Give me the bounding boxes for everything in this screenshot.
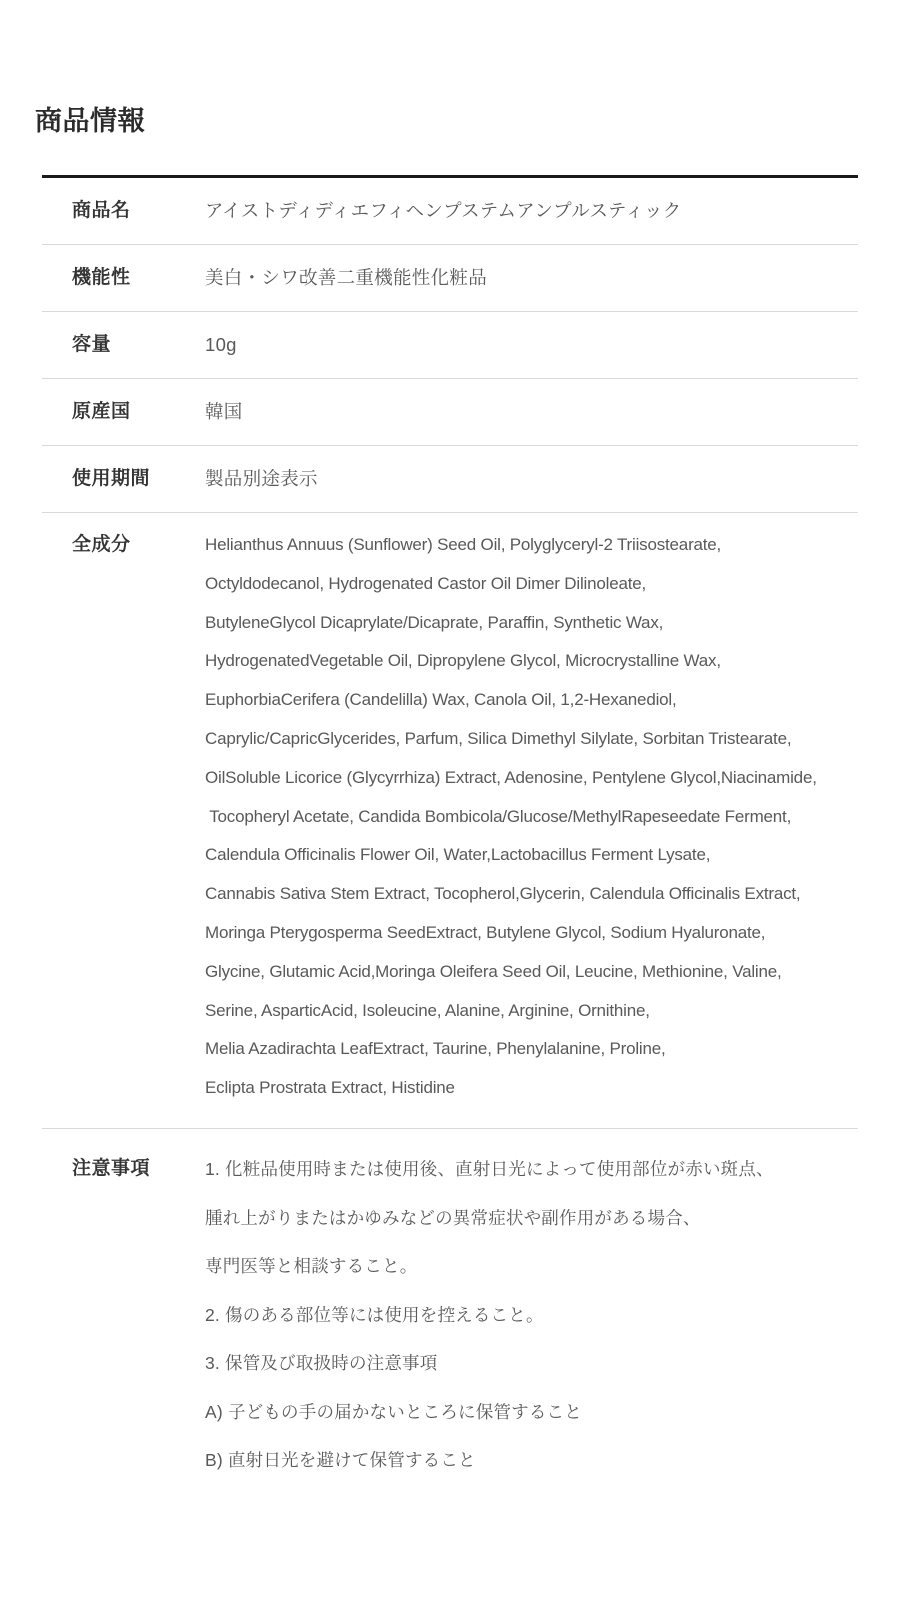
table-row-ingredients: 全成分 Helianthus Annuus (Sunflower) Seed O… bbox=[42, 513, 858, 1129]
ingredient-line: Helianthus Annuus (Sunflower) Seed Oil, … bbox=[205, 526, 858, 565]
row-value: アイストディディエフィヘンプステムアンプルスティック bbox=[205, 198, 858, 224]
caution-line: 腫れ上がりまたはかゆみなどの異常症状や副作用がある場合、 bbox=[205, 1194, 858, 1243]
table-row-country-of-origin: 原産国 韓国 bbox=[42, 379, 858, 446]
row-label: 使用期間 bbox=[42, 466, 205, 492]
ingredient-line: ButyleneGlycol Dicaprylate/Dicaprate, Pa… bbox=[205, 604, 858, 643]
row-value: 美白・シワ改善二重機能性化粧品 bbox=[205, 265, 858, 291]
row-value: 10g bbox=[205, 332, 858, 358]
row-label: 原産国 bbox=[42, 399, 205, 425]
row-value: 製品別途表示 bbox=[205, 466, 858, 492]
table-row-capacity: 容量 10g bbox=[42, 312, 858, 379]
caution-line: 3. 保管及び取扱時の注意事項 bbox=[205, 1339, 858, 1388]
caution-line: 専門医等と相談すること。 bbox=[205, 1242, 858, 1291]
page-title: 商品情報 bbox=[35, 104, 900, 139]
ingredient-line: Calendula Officinalis Flower Oil, Water,… bbox=[205, 836, 858, 875]
caution-line: A) 子どもの手の届かないところに保管すること bbox=[205, 1388, 858, 1437]
product-info-table: 商品名 アイストディディエフィヘンプステムアンプルスティック 機能性 美白・シワ… bbox=[42, 175, 858, 1510]
table-row-functionality: 機能性 美白・シワ改善二重機能性化粧品 bbox=[42, 245, 858, 312]
ingredient-line: Cannabis Sativa Stem Extract, Tocopherol… bbox=[205, 875, 858, 914]
row-label: 全成分 bbox=[42, 526, 205, 565]
caution-line: B) 直射日光を避けて保管すること bbox=[205, 1436, 858, 1485]
ingredient-line: EuphorbiaCerifera (Candelilla) Wax, Cano… bbox=[205, 681, 858, 720]
ingredient-line: Eclipta Prostrata Extract, Histidine bbox=[205, 1069, 858, 1108]
ingredient-line: Melia Azadirachta LeafExtract, Taurine, … bbox=[205, 1030, 858, 1069]
table-row-cautions: 注意事項 1. 化粧品使用時または使用後、直射日光によって使用部位が赤い斑点、腫… bbox=[42, 1129, 858, 1511]
ingredients-list: Helianthus Annuus (Sunflower) Seed Oil, … bbox=[205, 526, 858, 1108]
ingredient-line: OilSoluble Licorice (Glycyrrhiza) Extrac… bbox=[205, 759, 858, 798]
row-label: 容量 bbox=[42, 332, 205, 358]
ingredient-line: Serine, AsparticAcid, Isoleucine, Alanin… bbox=[205, 992, 858, 1031]
ingredient-line: Moringa Pterygosperma SeedExtract, Butyl… bbox=[205, 914, 858, 953]
caution-line: 1. 化粧品使用時または使用後、直射日光によって使用部位が赤い斑点、 bbox=[205, 1145, 858, 1194]
ingredient-line: Caprylic/CapricGlycerides, Parfum, Silic… bbox=[205, 720, 858, 759]
row-label: 商品名 bbox=[42, 198, 205, 224]
row-label: 注意事項 bbox=[42, 1145, 205, 1194]
ingredient-line: Tocopheryl Acetate, Candida Bombicola/Gl… bbox=[205, 798, 858, 837]
ingredient-line: HydrogenatedVegetable Oil, Dipropylene G… bbox=[205, 642, 858, 681]
row-label: 機能性 bbox=[42, 265, 205, 291]
ingredient-line: Glycine, Glutamic Acid,Moringa Oleifera … bbox=[205, 953, 858, 992]
ingredient-line: Octyldodecanol, Hydrogenated Castor Oil … bbox=[205, 565, 858, 604]
cautions-list: 1. 化粧品使用時または使用後、直射日光によって使用部位が赤い斑点、腫れ上がりま… bbox=[205, 1145, 858, 1485]
row-value: 韓国 bbox=[205, 399, 858, 425]
table-row-usage-period: 使用期間 製品別途表示 bbox=[42, 446, 858, 513]
caution-line: 2. 傷のある部位等には使用を控えること。 bbox=[205, 1291, 858, 1340]
table-row-product-name: 商品名 アイストディディエフィヘンプステムアンプルスティック bbox=[42, 178, 858, 245]
